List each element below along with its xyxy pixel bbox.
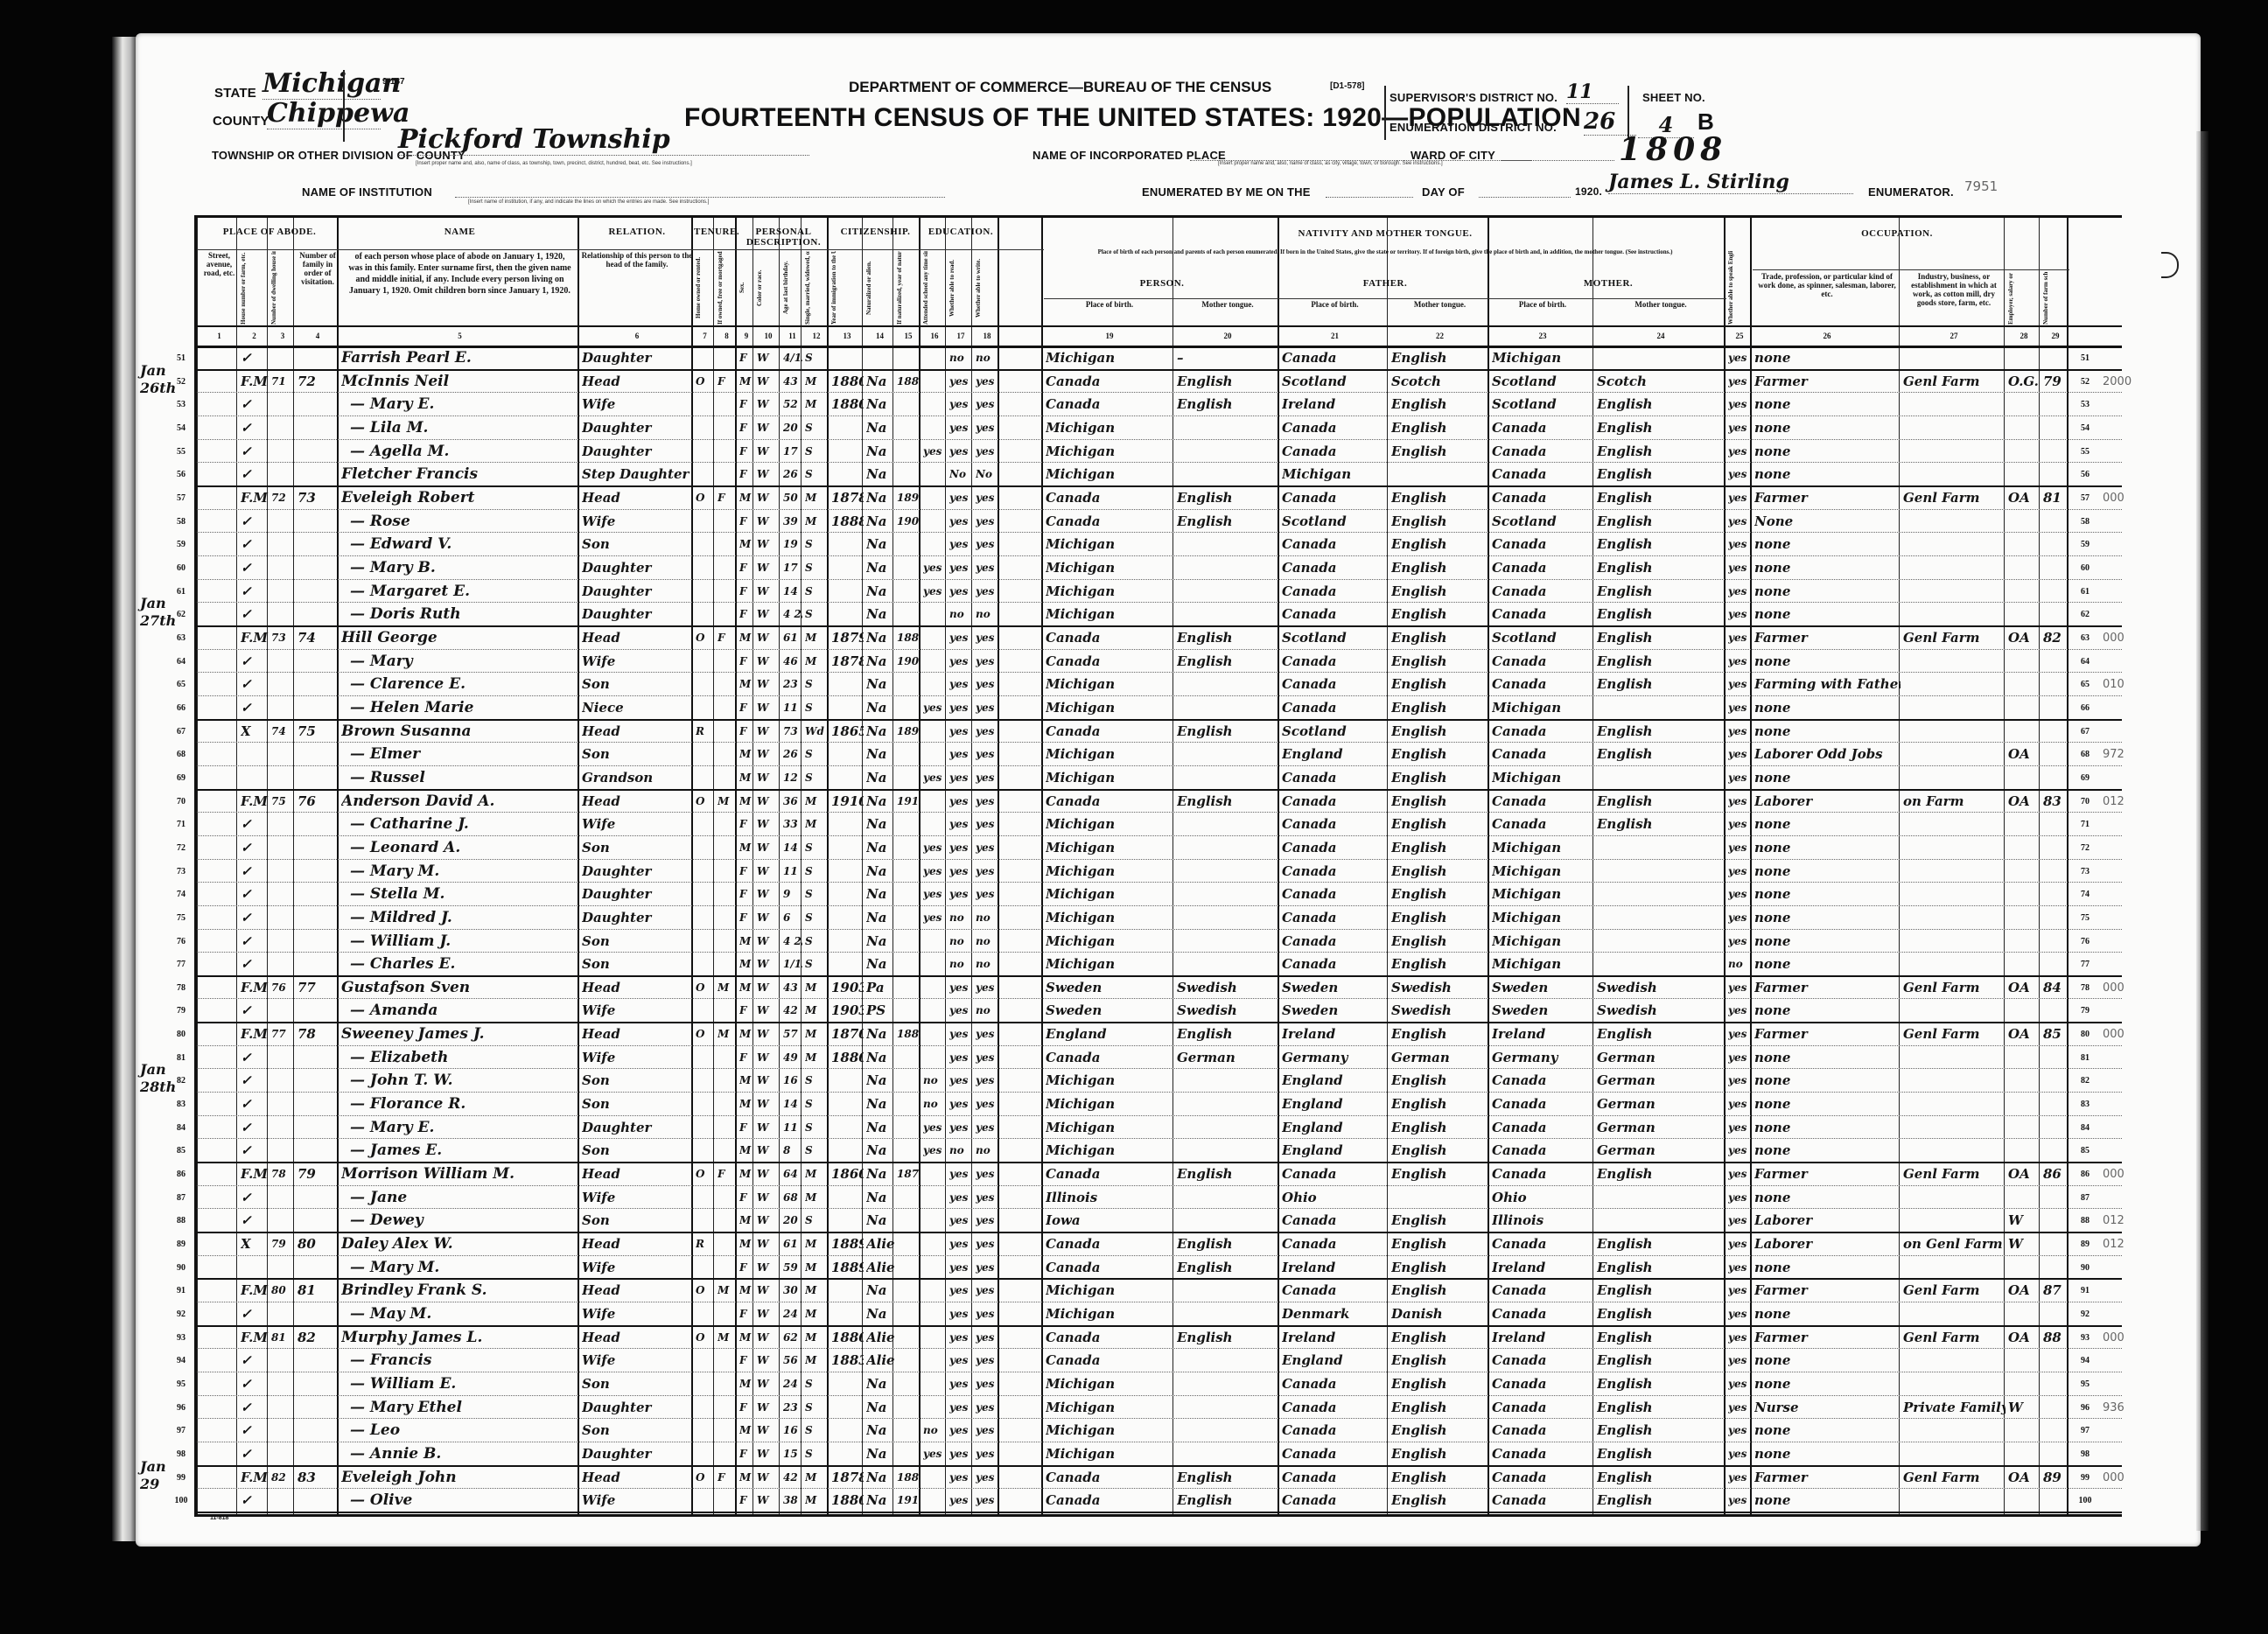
cell-c13[interactable]: 1880	[831, 1326, 864, 1349]
cell-c2[interactable]: ✓	[241, 556, 269, 579]
cell-age[interactable]: 17	[783, 440, 802, 463]
cell-c17[interactable]: yes	[949, 626, 973, 649]
cell-c15[interactable]: 1884	[897, 626, 920, 649]
cell-race[interactable]: W	[757, 533, 780, 555]
cell-sex[interactable]: F	[739, 720, 754, 743]
cell-pob[interactable]: Michigan	[1046, 440, 1174, 463]
cell-mmt[interactable]: English	[1597, 1279, 1725, 1302]
cell-race[interactable]: W	[757, 556, 780, 579]
cell-c2[interactable]: ✓	[241, 1116, 269, 1139]
cell-mt[interactable]: English	[1177, 650, 1279, 673]
cell-c17[interactable]: yes	[949, 1116, 973, 1139]
cell-race[interactable]: W	[757, 813, 780, 835]
cell-c15[interactable]: 1895	[897, 720, 920, 743]
cell-c14[interactable]: Alien	[866, 1349, 894, 1372]
cell-c14[interactable]: Na	[866, 416, 894, 439]
cell-pob[interactable]: Canada	[1046, 486, 1174, 509]
cell-c17[interactable]: yes	[949, 440, 973, 463]
cell-name[interactable]: McInnis Neil	[341, 370, 579, 393]
cell-ind[interactable]: Genl Farm	[1903, 1466, 2005, 1489]
cell-pob[interactable]: Illinois	[1046, 1186, 1174, 1209]
cell-ind[interactable]: Genl Farm	[1903, 1279, 2005, 1302]
cell-ms[interactable]: M	[805, 999, 829, 1022]
cell-c2[interactable]: F.M.	[241, 790, 269, 813]
cell-eng[interactable]: yes	[1728, 603, 1752, 625]
cell-c2[interactable]: ✓	[241, 953, 269, 975]
cell-c2[interactable]: F.M.	[241, 1023, 269, 1045]
cell-mpob[interactable]: Michigan	[1492, 766, 1594, 789]
cell-sex[interactable]: M	[739, 1069, 754, 1092]
cell-c18[interactable]: yes	[976, 976, 999, 999]
cell-c4[interactable]: 78	[297, 1023, 339, 1045]
cell-fpob[interactable]: Canada	[1282, 1419, 1389, 1442]
cell-race[interactable]: W	[757, 1442, 780, 1465]
cell-c14[interactable]: Alien	[866, 1256, 894, 1279]
cell-c2[interactable]: F.M.	[241, 1326, 269, 1349]
cell-c18[interactable]: yes	[976, 766, 999, 789]
cell-eng[interactable]: yes	[1728, 1232, 1752, 1255]
cell-c18[interactable]: yes	[976, 673, 999, 695]
cell-c17[interactable]: yes	[949, 1442, 973, 1465]
cell-c14[interactable]: Na	[866, 1302, 894, 1325]
cell-race[interactable]: W	[757, 626, 780, 649]
cell-c14[interactable]: Alien	[866, 1232, 894, 1255]
cell-fpob[interactable]: Canada	[1282, 1489, 1389, 1512]
cell-mmt[interactable]: English	[1597, 673, 1725, 695]
cell-rel[interactable]: Daughter	[582, 603, 693, 625]
cell-sex[interactable]: F	[739, 1396, 754, 1419]
cell-race[interactable]: W	[757, 650, 780, 673]
cell-mmt[interactable]: English	[1597, 1326, 1725, 1349]
cell-c17[interactable]: yes	[949, 1302, 973, 1325]
township-value[interactable]: Pickford Township	[398, 124, 809, 156]
cell-eng[interactable]: yes	[1728, 1139, 1752, 1162]
cell-fmt[interactable]: English	[1391, 346, 1489, 369]
cell-rel[interactable]: Wife	[582, 813, 693, 835]
cell-farm[interactable]: 84	[2043, 976, 2068, 999]
cell-fmt[interactable]: English	[1391, 696, 1489, 719]
cell-fmt[interactable]: English	[1391, 1396, 1489, 1419]
cell-sex[interactable]: M	[739, 836, 754, 859]
cell-c7[interactable]: O	[696, 1279, 715, 1302]
cell-c17[interactable]: yes	[949, 696, 973, 719]
cell-c14[interactable]: Na	[866, 580, 894, 603]
cell-ms[interactable]: S	[805, 743, 829, 765]
cell-ms[interactable]: M	[805, 1023, 829, 1045]
cell-c17[interactable]: yes	[949, 999, 973, 1022]
cell-race[interactable]: W	[757, 393, 780, 415]
cell-c16[interactable]: no	[923, 1093, 947, 1115]
cell-c2[interactable]: ✓	[241, 883, 269, 905]
cell-race[interactable]: W	[757, 346, 780, 369]
cell-c18[interactable]: yes	[976, 1442, 999, 1465]
cell-name[interactable]: Anderson David A.	[341, 790, 579, 813]
cell-sex[interactable]: F	[739, 1442, 754, 1465]
cell-age[interactable]: 1/12	[783, 953, 802, 975]
cell-eng[interactable]: yes	[1728, 440, 1752, 463]
cell-occ[interactable]: none	[1754, 556, 1900, 579]
cell-occ[interactable]: none	[1754, 1442, 1900, 1465]
cell-race[interactable]: W	[757, 860, 780, 883]
cell-rel[interactable]: Son	[582, 930, 693, 953]
cell-sex[interactable]: F	[739, 813, 754, 835]
cell-name[interactable]: — Jane	[341, 1186, 588, 1209]
cell-occ[interactable]: none	[1754, 440, 1900, 463]
cell-fpob[interactable]: England	[1282, 743, 1389, 765]
cell-c18[interactable]: yes	[976, 1419, 999, 1442]
cell-rel[interactable]: Son	[582, 1372, 693, 1395]
cell-mt[interactable]: English	[1177, 1232, 1279, 1255]
cell-eng[interactable]: yes	[1728, 1256, 1752, 1279]
cell-mmt[interactable]: English	[1597, 813, 1725, 835]
cell-mpob[interactable]: Canada	[1492, 1302, 1594, 1325]
cell-mt[interactable]: English	[1177, 790, 1279, 813]
cell-c2[interactable]: ✓	[241, 673, 269, 695]
cell-mmt[interactable]: English	[1597, 1232, 1725, 1255]
cell-c16[interactable]: yes	[923, 556, 947, 579]
cell-c2[interactable]: ✓	[241, 416, 269, 439]
cell-farm[interactable]: 86	[2043, 1163, 2068, 1185]
cell-c15[interactable]: 1880	[897, 1023, 920, 1045]
cell-name[interactable]: Sweeney James J.	[341, 1023, 579, 1045]
enumerated-month-field[interactable]	[1479, 196, 1571, 198]
cell-c17[interactable]: yes	[949, 1396, 973, 1419]
cell-eng[interactable]: yes	[1728, 1046, 1752, 1069]
cell-c17[interactable]: yes	[949, 976, 973, 999]
cell-pob[interactable]: Michigan	[1046, 696, 1174, 719]
cell-fpob[interactable]: England	[1282, 1139, 1389, 1162]
cell-c14[interactable]: Na	[866, 1046, 894, 1069]
cell-c18[interactable]: yes	[976, 416, 999, 439]
cell-fpob[interactable]: Ireland	[1282, 1326, 1389, 1349]
cell-c2[interactable]: F.M.	[241, 486, 269, 509]
cell-emp[interactable]: OA	[2008, 1466, 2040, 1489]
cell-mmt[interactable]: Swedish	[1597, 999, 1725, 1022]
cell-c14[interactable]: Na	[866, 440, 894, 463]
cell-name[interactable]: Murphy James L.	[341, 1326, 579, 1349]
cell-occ[interactable]: none	[1754, 836, 1900, 859]
cell-c17[interactable]: yes	[949, 1489, 973, 1512]
cell-c14[interactable]: Na	[866, 650, 894, 673]
cell-c14[interactable]: Na	[866, 1139, 894, 1162]
cell-name[interactable]: Brown Susanna	[341, 720, 579, 743]
cell-eng[interactable]: yes	[1728, 1326, 1752, 1349]
cell-pob[interactable]: Canada	[1046, 1349, 1174, 1372]
cell-fmt[interactable]: English	[1391, 580, 1489, 603]
cell-c4[interactable]: 73	[297, 486, 339, 509]
cell-ms[interactable]: M	[805, 626, 829, 649]
cell-c16[interactable]: yes	[923, 860, 947, 883]
cell-fmt[interactable]: English	[1391, 673, 1489, 695]
cell-c13[interactable]: 1878	[831, 1466, 864, 1489]
cell-c14[interactable]: Na	[866, 883, 894, 905]
cell-c14[interactable]: Na	[866, 673, 894, 695]
cell-race[interactable]: W	[757, 999, 780, 1022]
cell-fpob[interactable]: Sweden	[1282, 999, 1389, 1022]
cell-c17[interactable]: yes	[949, 1186, 973, 1209]
cell-name[interactable]: — Edward V.	[341, 533, 588, 555]
cell-name[interactable]: — Rose	[341, 510, 588, 533]
cell-sex[interactable]: F	[739, 510, 754, 533]
cell-ms[interactable]: M	[805, 650, 829, 673]
cell-emp[interactable]: OA	[2008, 1279, 2040, 1302]
cell-c14[interactable]: Na	[866, 1442, 894, 1465]
cell-pob[interactable]: Michigan	[1046, 883, 1174, 905]
cell-eng[interactable]: yes	[1728, 1419, 1752, 1442]
cell-ms[interactable]: S	[805, 1396, 829, 1419]
cell-fmt[interactable]: English	[1391, 440, 1489, 463]
cell-sex[interactable]: F	[739, 1046, 754, 1069]
cell-mt[interactable]: Swedish	[1177, 999, 1279, 1022]
cell-eng[interactable]: yes	[1728, 1489, 1752, 1512]
cell-age[interactable]: 49	[783, 1046, 802, 1069]
cell-c18[interactable]: yes	[976, 1093, 999, 1115]
cell-occ[interactable]: none	[1754, 416, 1900, 439]
cell-race[interactable]: W	[757, 1069, 780, 1092]
cell-c2[interactable]: ✓	[241, 533, 269, 555]
cell-c14[interactable]: Na	[866, 1489, 894, 1512]
cell-age[interactable]: 23	[783, 1396, 802, 1419]
cell-c16[interactable]: yes	[923, 440, 947, 463]
cell-c2[interactable]: X	[241, 720, 269, 743]
cell-age[interactable]: 61	[783, 626, 802, 649]
cell-c18[interactable]: yes	[976, 393, 999, 415]
cell-mpob[interactable]: Canada	[1492, 1466, 1594, 1489]
cell-sex[interactable]: F	[739, 440, 754, 463]
cell-race[interactable]: W	[757, 1232, 780, 1255]
cell-sex[interactable]: M	[739, 486, 754, 509]
cell-rel[interactable]: Son	[582, 1139, 693, 1162]
cell-rel[interactable]: Wife	[582, 999, 693, 1022]
cell-eng[interactable]: yes	[1728, 906, 1752, 929]
cell-c14[interactable]: Na	[866, 720, 894, 743]
cell-mmt[interactable]: English	[1597, 510, 1725, 533]
cell-c14[interactable]: Na	[866, 486, 894, 509]
cell-age[interactable]: 17	[783, 556, 802, 579]
cell-c14[interactable]: Na	[866, 743, 894, 765]
cell-occ[interactable]: Farmer	[1754, 1326, 1900, 1349]
cell-c17[interactable]: yes	[949, 1326, 973, 1349]
cell-race[interactable]: W	[757, 1489, 780, 1512]
cell-c17[interactable]: yes	[949, 416, 973, 439]
cell-race[interactable]: W	[757, 1326, 780, 1349]
cell-c3[interactable]: 71	[271, 370, 295, 393]
cell-mpob[interactable]: Ireland	[1492, 1326, 1594, 1349]
cell-rel[interactable]: Daughter	[582, 1442, 693, 1465]
cell-mpob[interactable]: Ireland	[1492, 1023, 1594, 1045]
cell-age[interactable]: 42	[783, 999, 802, 1022]
cell-c14[interactable]: Na	[866, 953, 894, 975]
cell-c3[interactable]: 77	[271, 1023, 295, 1045]
cell-fpob[interactable]: Ireland	[1282, 1256, 1389, 1279]
cell-pob[interactable]: Michigan	[1046, 860, 1174, 883]
cell-c17[interactable]: No	[949, 463, 973, 485]
cell-c7[interactable]: O	[696, 1326, 715, 1349]
cell-fmt[interactable]: English	[1391, 486, 1489, 509]
cell-fpob[interactable]: Canada	[1282, 930, 1389, 953]
cell-mmt[interactable]: English	[1597, 626, 1725, 649]
cell-rel[interactable]: Wife	[582, 1046, 693, 1069]
cell-fpob[interactable]: Canada	[1282, 1209, 1389, 1232]
cell-ms[interactable]: M	[805, 1489, 829, 1512]
cell-race[interactable]: W	[757, 1139, 780, 1162]
cell-occ[interactable]: Farmer	[1754, 1023, 1900, 1045]
cell-occ[interactable]: none	[1754, 696, 1900, 719]
cell-c13[interactable]: 1903	[831, 999, 864, 1022]
cell-age[interactable]: 14	[783, 836, 802, 859]
cell-mpob[interactable]: Canada	[1492, 1489, 1594, 1512]
cell-rel[interactable]: Wife	[582, 1186, 693, 1209]
cell-farm[interactable]: 81	[2043, 486, 2068, 509]
cell-c13[interactable]: 1878	[831, 650, 864, 673]
cell-occ[interactable]: none	[1754, 860, 1900, 883]
cell-ms[interactable]: S	[805, 860, 829, 883]
cell-c17[interactable]: yes	[949, 836, 973, 859]
cell-sex[interactable]: F	[739, 1116, 754, 1139]
cell-ms[interactable]: S	[805, 1209, 829, 1232]
cell-fpob[interactable]: Canada	[1282, 790, 1389, 813]
cell-age[interactable]: 73	[783, 720, 802, 743]
cell-fmt[interactable]: English	[1391, 1256, 1489, 1279]
cell-mt[interactable]: English	[1177, 1466, 1279, 1489]
state-value[interactable]: Michigan	[262, 68, 381, 100]
cell-c18[interactable]: yes	[976, 1396, 999, 1419]
cell-ms[interactable]: S	[805, 1139, 829, 1162]
cell-fmt[interactable]: English	[1391, 1116, 1489, 1139]
cell-c17[interactable]: no	[949, 346, 973, 369]
cell-name[interactable]: Morrison William M.	[341, 1163, 579, 1185]
cell-ms[interactable]: S	[805, 953, 829, 975]
cell-c8[interactable]: M	[717, 1023, 737, 1045]
cell-sex[interactable]: M	[739, 1466, 754, 1489]
cell-sex[interactable]: M	[739, 743, 754, 765]
cell-sex[interactable]: M	[739, 1139, 754, 1162]
cell-mpob[interactable]: Canada	[1492, 1139, 1594, 1162]
cell-occ[interactable]: Farmer	[1754, 370, 1900, 393]
cell-mpob[interactable]: Ohio	[1492, 1186, 1594, 1209]
cell-ind[interactable]: Genl Farm	[1903, 486, 2005, 509]
cell-c17[interactable]: yes	[949, 1466, 973, 1489]
cell-sex[interactable]: M	[739, 1163, 754, 1185]
cell-sex[interactable]: F	[739, 393, 754, 415]
cell-sex[interactable]: M	[739, 1372, 754, 1395]
cell-age[interactable]: 57	[783, 1023, 802, 1045]
cell-fmt[interactable]: English	[1391, 1326, 1489, 1349]
cell-pob[interactable]: Michigan	[1046, 1139, 1174, 1162]
cell-mpob[interactable]: Michigan	[1492, 860, 1594, 883]
cell-c17[interactable]: yes	[949, 650, 973, 673]
cell-c13[interactable]: 1883	[831, 1349, 864, 1372]
cell-c4[interactable]: 77	[297, 976, 339, 999]
cell-rel[interactable]: Step Daughter	[582, 463, 693, 485]
cell-mpob[interactable]: Canada	[1492, 486, 1594, 509]
cell-c7[interactable]: O	[696, 1163, 715, 1185]
cell-c13[interactable]: 1880	[831, 393, 864, 415]
cell-fpob[interactable]: Canada	[1282, 1163, 1389, 1185]
cell-race[interactable]: W	[757, 766, 780, 789]
cell-c18[interactable]: yes	[976, 1489, 999, 1512]
cell-name[interactable]: — Mary E.	[341, 393, 588, 415]
cell-mpob[interactable]: Canada	[1492, 1232, 1594, 1255]
cell-c14[interactable]: Na	[866, 510, 894, 533]
cell-occ[interactable]: none	[1754, 1069, 1900, 1092]
cell-pob[interactable]: Canada	[1046, 626, 1174, 649]
cell-mpob[interactable]: Ireland	[1492, 1256, 1594, 1279]
cell-c14[interactable]: Alien	[866, 1326, 894, 1349]
cell-mmt[interactable]: English	[1597, 1489, 1725, 1512]
cell-mpob[interactable]: Scotland	[1492, 393, 1594, 415]
cell-pob[interactable]: Michigan	[1046, 1372, 1174, 1395]
cell-occ[interactable]: None	[1754, 510, 1900, 533]
cell-occ[interactable]: none	[1754, 883, 1900, 905]
cell-age[interactable]: 20	[783, 416, 802, 439]
cell-occ[interactable]: none	[1754, 1419, 1900, 1442]
cell-c14[interactable]: Na	[866, 930, 894, 953]
cell-c2[interactable]: ✓	[241, 650, 269, 673]
cell-sex[interactable]: M	[739, 930, 754, 953]
cell-c13[interactable]: 1910	[831, 790, 864, 813]
cell-ind[interactable]: on Genl Farm	[1903, 1232, 2005, 1255]
cell-fpob[interactable]: Canada	[1282, 883, 1389, 905]
cell-pob[interactable]: Canada	[1046, 790, 1174, 813]
cell-c17[interactable]: yes	[949, 1419, 973, 1442]
cell-c13[interactable]: 1860	[831, 1163, 864, 1185]
cell-fpob[interactable]: Canada	[1282, 346, 1389, 369]
cell-name[interactable]: — Annie B.	[341, 1442, 588, 1465]
cell-emp[interactable]: OA	[2008, 1023, 2040, 1045]
cell-c18[interactable]: yes	[976, 790, 999, 813]
cell-mmt[interactable]: English	[1597, 1023, 1725, 1045]
cell-age[interactable]: 16	[783, 1419, 802, 1442]
cell-ms[interactable]: M	[805, 790, 829, 813]
cell-race[interactable]: W	[757, 1349, 780, 1372]
cell-rel[interactable]: Head	[582, 790, 693, 813]
cell-fmt[interactable]: English	[1391, 1489, 1489, 1512]
cell-age[interactable]: 61	[783, 1232, 802, 1255]
cell-age[interactable]: 6	[783, 906, 802, 929]
cell-name[interactable]: Gustafson Sven	[341, 976, 579, 999]
cell-race[interactable]: W	[757, 1279, 780, 1302]
cell-c2[interactable]: F.M.	[241, 626, 269, 649]
cell-fmt[interactable]: English	[1391, 743, 1489, 765]
cell-c7[interactable]: O	[696, 1466, 715, 1489]
cell-pob[interactable]: Michigan	[1046, 836, 1174, 859]
cell-mpob[interactable]: Michigan	[1492, 346, 1594, 369]
cell-fpob[interactable]: Canada	[1282, 650, 1389, 673]
cell-fpob[interactable]: England	[1282, 1069, 1389, 1092]
cell-sex[interactable]: F	[739, 1349, 754, 1372]
supervisor-district-value[interactable]: 11	[1566, 80, 1619, 104]
cell-ind[interactable]: Genl Farm	[1903, 1326, 2005, 1349]
cell-fmt[interactable]: English	[1391, 1069, 1489, 1092]
cell-c16[interactable]: yes	[923, 1116, 947, 1139]
cell-fmt[interactable]: English	[1391, 1349, 1489, 1372]
cell-ms[interactable]: M	[805, 1349, 829, 1372]
cell-ms[interactable]: M	[805, 1232, 829, 1255]
cell-eng[interactable]: yes	[1728, 1163, 1752, 1185]
cell-mpob[interactable]: Canada	[1492, 1442, 1594, 1465]
cell-fmt[interactable]: English	[1391, 1209, 1489, 1232]
cell-c4[interactable]: 82	[297, 1326, 339, 1349]
cell-pob[interactable]: Canada	[1046, 370, 1174, 393]
cell-mmt[interactable]: English	[1597, 533, 1725, 555]
cell-mmt[interactable]: German	[1597, 1093, 1725, 1115]
cell-c14[interactable]: Na	[866, 603, 894, 625]
cell-age[interactable]: 8	[783, 1139, 802, 1162]
cell-ms[interactable]: M	[805, 1326, 829, 1349]
cell-fmt[interactable]: English	[1391, 416, 1489, 439]
cell-c2[interactable]: ✓	[241, 580, 269, 603]
